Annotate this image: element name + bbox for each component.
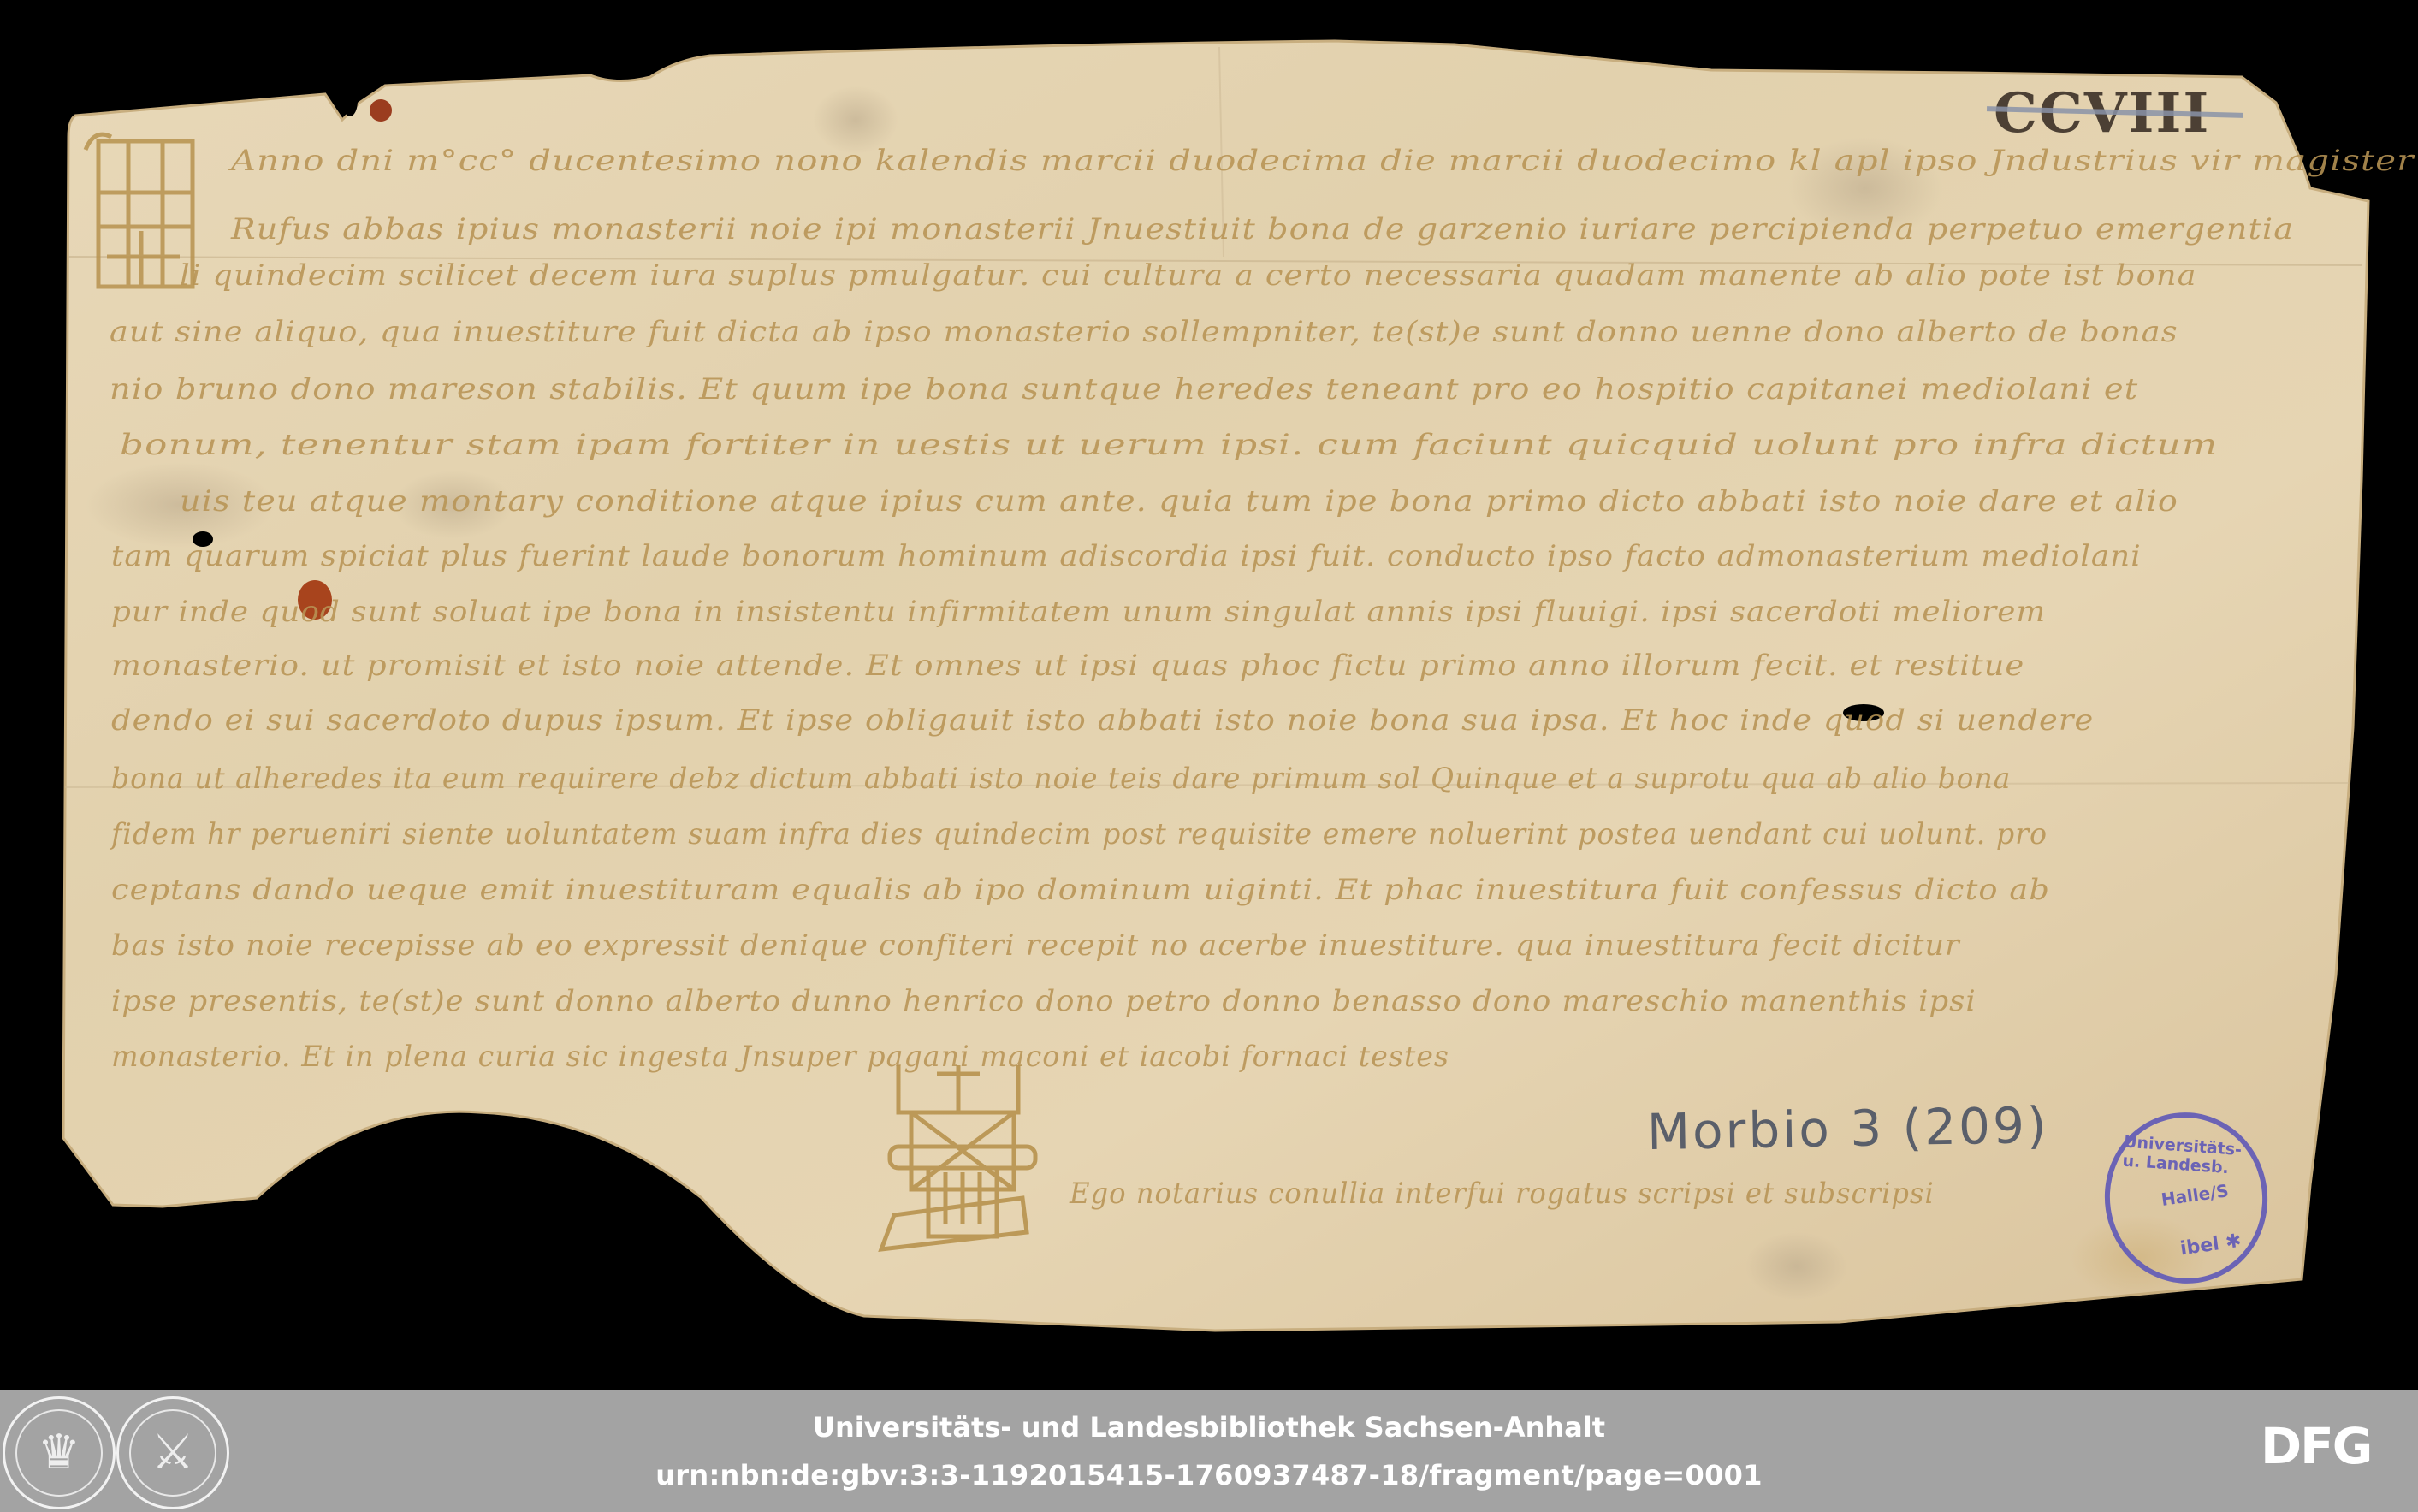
manuscript-line: Anno dni m°cc° ducentesimo nono kalendis… xyxy=(231,144,2415,178)
manuscript-line: uis teu atque montary conditione atque i… xyxy=(180,484,2178,519)
manuscript-line: Rufus abbas ipius monasterii noie ipi mo… xyxy=(231,212,2294,246)
manuscript-line: ipse presentis, te(st)e sunt donno alber… xyxy=(111,984,1976,1018)
ink-hole xyxy=(342,86,358,116)
manuscript-line: bonum, tenentur stam ipam fortiter in ue… xyxy=(120,428,2218,462)
stamp-bottom-text: ibel ✱ xyxy=(2179,1230,2243,1260)
manuscript-line: ceptans dando ueque emit inuestituram eq… xyxy=(111,873,2050,907)
stamp-top-text: Universitäts-u. Landesb. xyxy=(2122,1133,2258,1180)
manuscript-line: bas isto noie recepisse ab eo expressit … xyxy=(111,928,1960,963)
manuscript-line: monasterio. Et in plena curia sic ingest… xyxy=(111,1040,1449,1074)
manuscript-line: nio bruno dono mareson stabilis. Et quum… xyxy=(110,372,2138,406)
pencil-annotation: Morbio 3 (209) xyxy=(1646,1096,2049,1161)
manuscript-line: aut sine aliquo, qua inuestiture fuit di… xyxy=(110,315,2178,349)
manuscript-line: Ego notarius conullia interfui rogatus s… xyxy=(1070,1177,1935,1211)
manuscript-line: pur inde quod sunt soluat ipe bona in in… xyxy=(111,595,2046,629)
stamp-center-text: Halle/S xyxy=(2160,1180,2230,1210)
manuscript-line: monasterio. ut promisit et isto noie att… xyxy=(111,649,2024,683)
manuscript-line: fidem hr perueniri siente uoluntatem sua… xyxy=(111,817,2048,851)
document-viewer: Anno dni m°cc° ducentesimo nono kalendis… xyxy=(0,0,2418,1390)
library-title: Universitäts- und Landesbibliothek Sachs… xyxy=(0,1411,2418,1444)
footer-bar: ♛ ⚔ Universitäts- und Landesbibliothek S… xyxy=(0,1390,2418,1512)
manuscript-line: li quindecim scilicet decem iura suplus … xyxy=(180,258,2197,293)
wax-spot xyxy=(370,99,392,122)
urn-identifier[interactable]: urn:nbn:de:gbv:3:3-1192015415-1760937487… xyxy=(0,1459,2418,1491)
manuscript-line: tam quarum spiciat plus fuerint laude bo… xyxy=(111,539,2142,573)
dfg-logo: DFG xyxy=(2261,1421,2371,1471)
manuscript-line: dendo ei sui sacerdoto dupus ipsum. Et i… xyxy=(111,703,2094,738)
manuscript-line: bona ut alheredes ita eum requirere debz… xyxy=(111,762,2011,796)
